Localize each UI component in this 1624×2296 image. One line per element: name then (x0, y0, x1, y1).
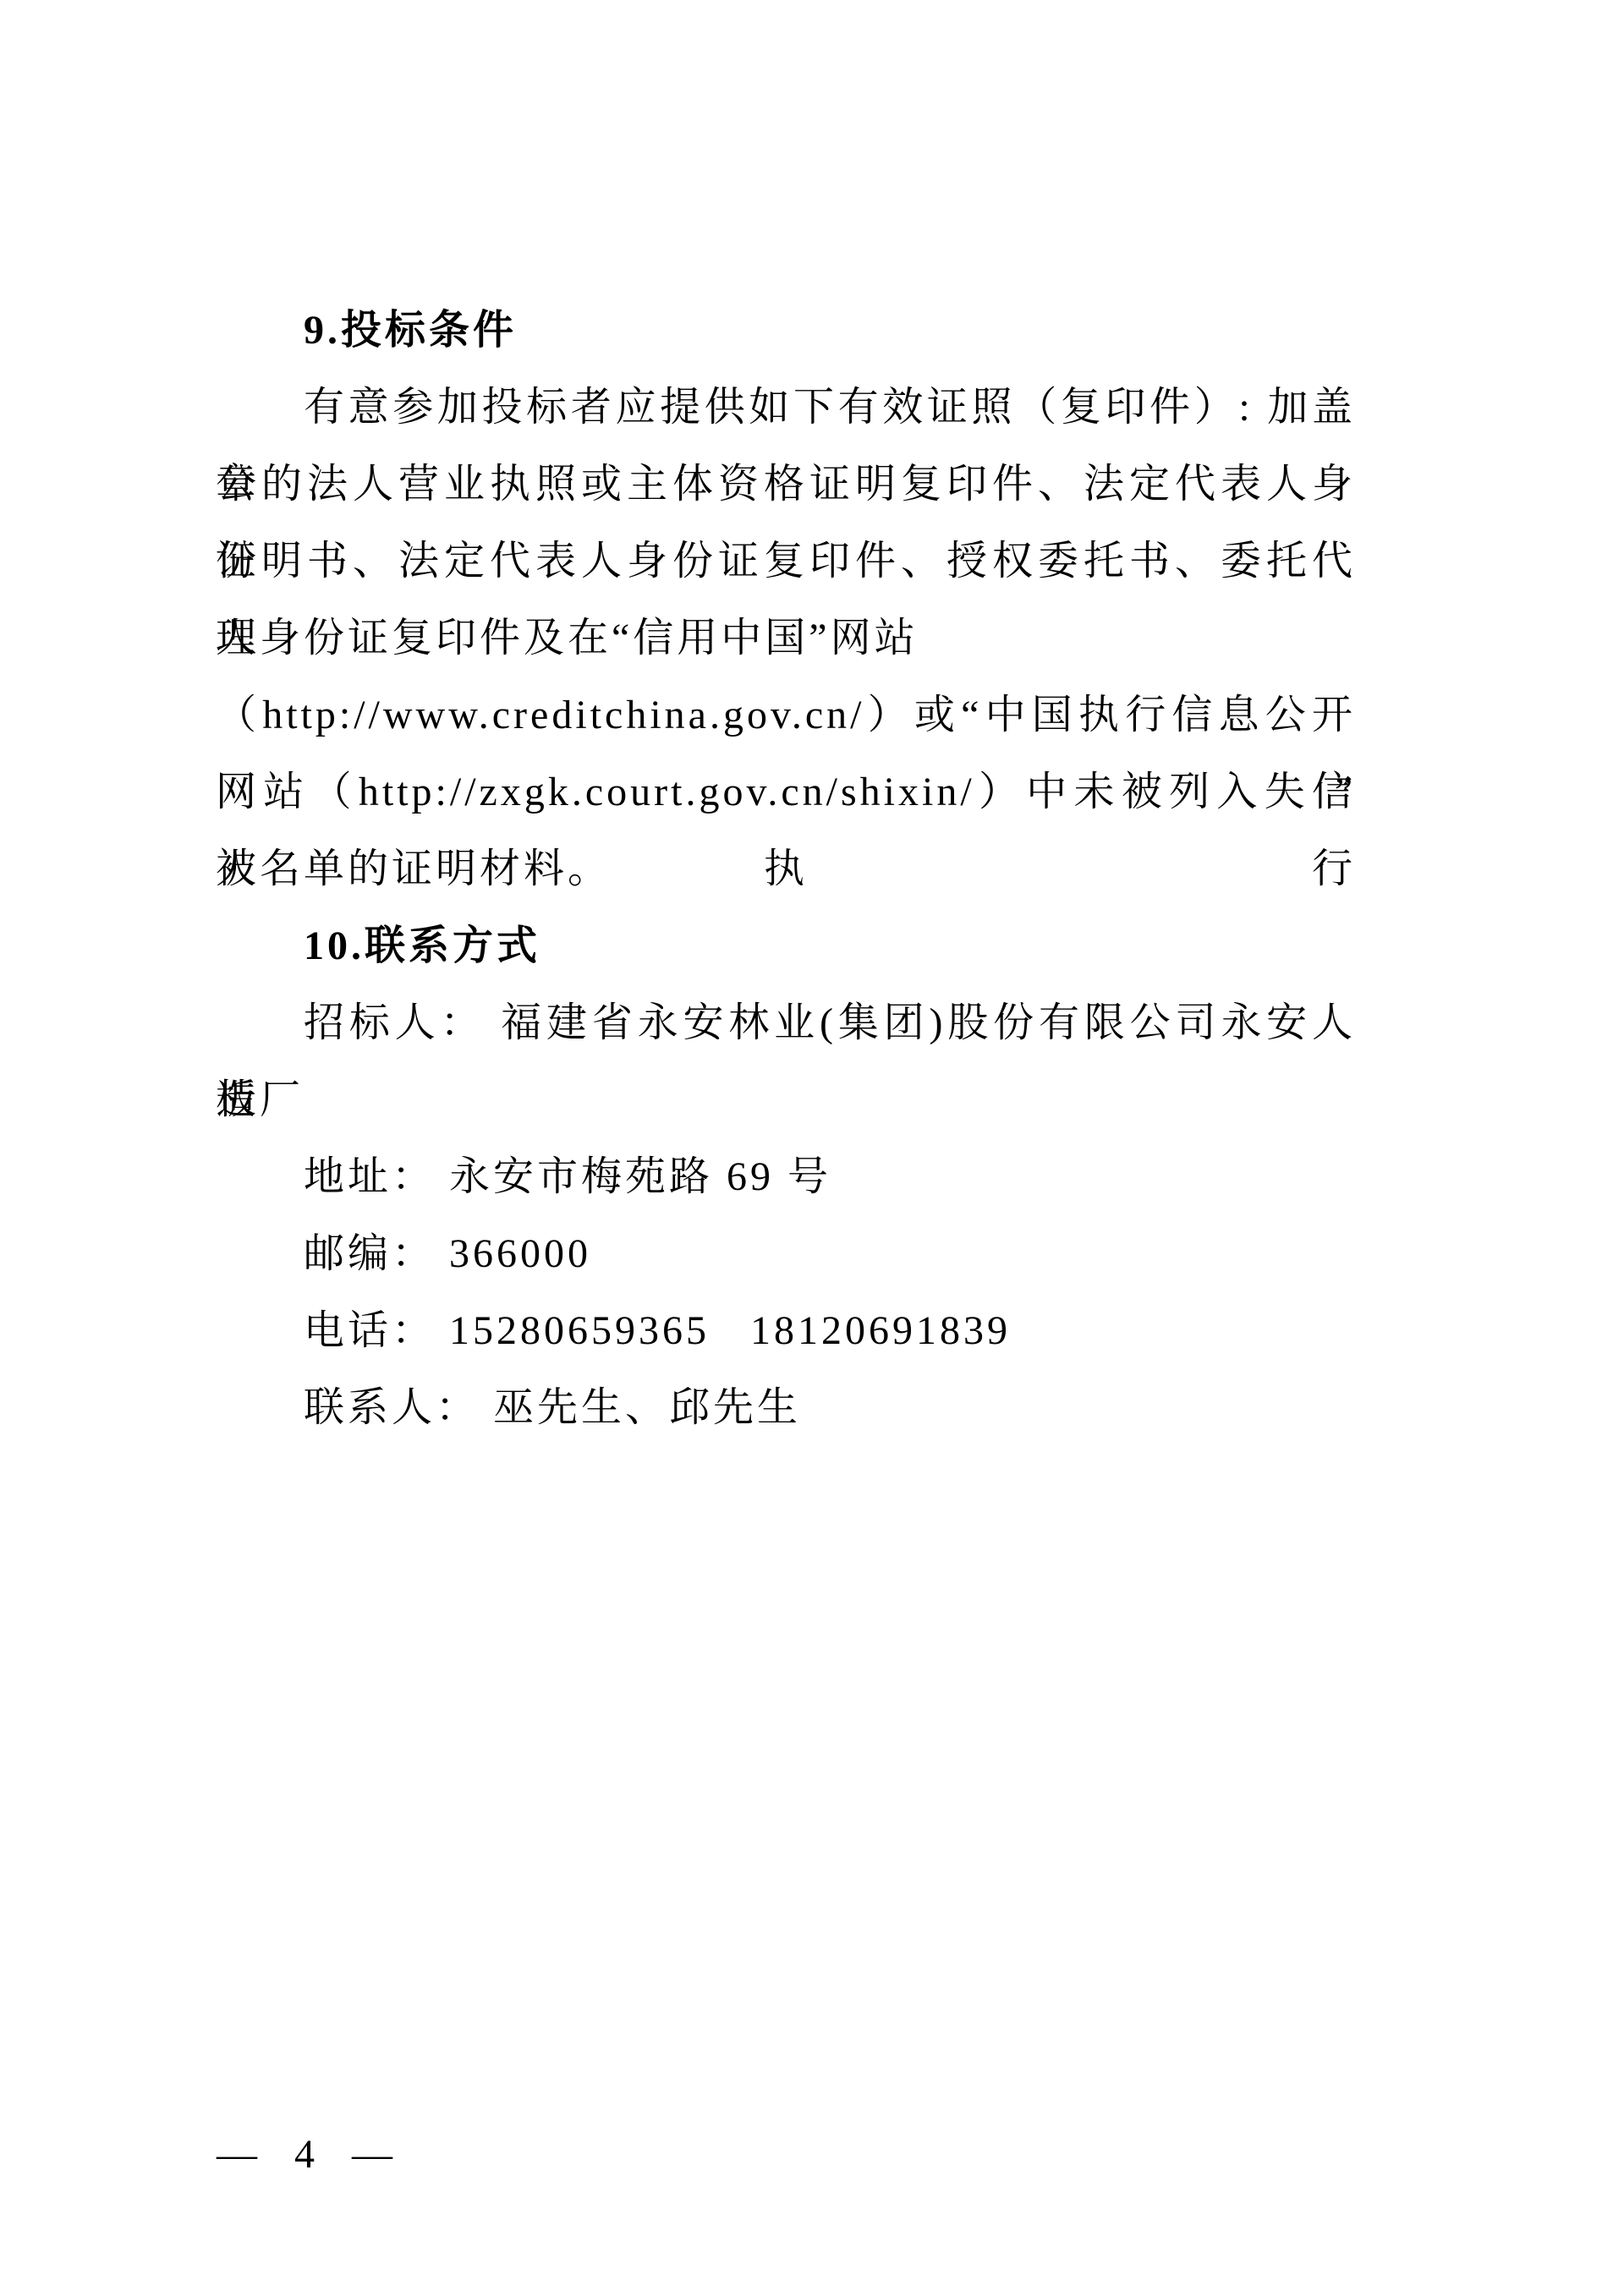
contact-tenderer-line: 板厂 (216, 1061, 1356, 1138)
page-number-footer: — 4 — (217, 2129, 392, 2180)
section-9-paragraph-line: 网站（http://zxgk.court.gov.cn/shixin/）中未被列… (216, 753, 1356, 830)
section-9-paragraph-line: （http://www.creditchina.gov.cn/）或“中国执行信息… (216, 677, 1356, 753)
contact-postcode-line: 邮编： 366000 (216, 1215, 1356, 1292)
section-9-paragraph-line: 人身份证复印件及在“信用中国”网站 (216, 600, 1356, 677)
section-9-paragraph-line: 章的法人营业执照或主体资格证明复印件、法定代表人身份 (216, 446, 1356, 523)
section-9-paragraph-line: 证明书、法定代表人身份证复印件、授权委托书、委托代理 (216, 523, 1356, 600)
contact-phone-line: 电话： 15280659365 18120691839 (216, 1292, 1356, 1369)
section-9-paragraph-line: 有意参加投标者应提供如下有效证照（复印件）: 加盖公 (216, 369, 1356, 446)
contact-address-line: 地址： 永安市梅苑路 69 号 (216, 1138, 1356, 1215)
section-10-heading: 10.联系方式 (216, 907, 1356, 984)
document-body: 9.投标条件有意参加投标者应提供如下有效证照（复印件）: 加盖公章的法人营业执照… (216, 292, 1356, 1446)
section-9-heading: 9.投标条件 (216, 292, 1356, 369)
document-page: 9.投标条件有意参加投标者应提供如下有效证照（复印件）: 加盖公章的法人营业执照… (0, 0, 1624, 2296)
contact-tenderer-line: 招标人： 福建省永安林业(集团)股份有限公司永安人造 (216, 984, 1356, 1061)
contact-person-line: 联系人： 巫先生、邱先生 (216, 1369, 1356, 1446)
